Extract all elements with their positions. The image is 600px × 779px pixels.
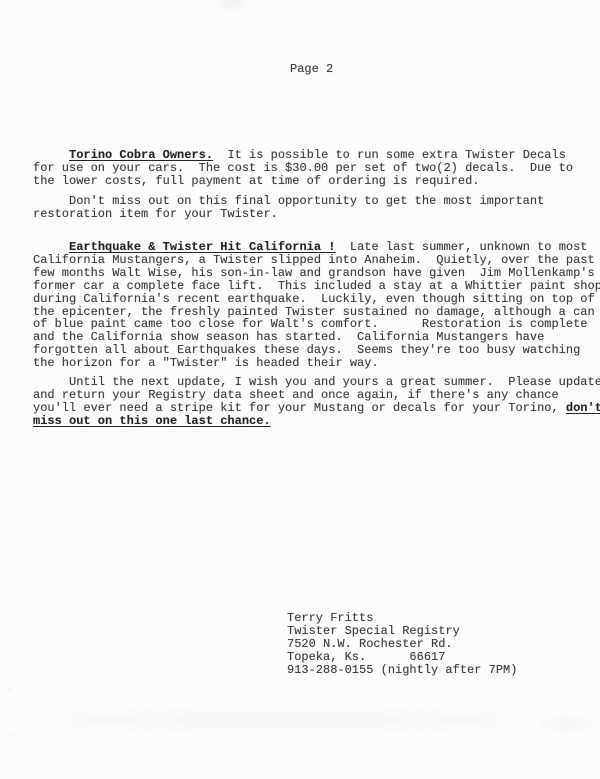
paragraph-dont-miss-out: Don't miss out on this final opportunity… xyxy=(33,195,544,221)
scan-speck xyxy=(333,43,337,45)
scan-speck xyxy=(7,688,11,691)
scan-speck xyxy=(560,29,563,31)
scan-smudge xyxy=(220,0,246,5)
paragraph-earthquake-twister: Earthquake & Twister Hit California ! La… xyxy=(33,241,600,370)
body-text: Until the next update, I wish you and yo… xyxy=(33,375,600,415)
scan-speck xyxy=(196,540,199,542)
body-text: Late last summer, unknown to most Califo… xyxy=(33,240,600,370)
body-text xyxy=(33,148,69,162)
scan-smudge xyxy=(540,718,590,730)
paragraph-torino-cobra-owners: Torino Cobra Owners. It is possible to r… xyxy=(33,149,573,188)
scan-speck xyxy=(11,733,16,736)
body-text: Don't miss out on this final opportunity… xyxy=(33,194,544,221)
emphasized-text: Torino Cobra Owners. xyxy=(69,148,213,162)
scanned-document-page: Page 2 Torino Cobra Owners. It is possib… xyxy=(0,0,600,779)
emphasized-text: Earthquake & Twister Hit California ! xyxy=(69,240,335,254)
scan-speck xyxy=(500,487,503,489)
body-text xyxy=(33,240,69,254)
paragraph-closing: Until the next update, I wish you and yo… xyxy=(33,376,600,428)
scan-smudge xyxy=(65,712,505,728)
page-number: Page 2 xyxy=(290,63,333,76)
scan-speck xyxy=(88,34,91,36)
signature-block: Terry Fritts Twister Special Registry 75… xyxy=(287,612,517,677)
